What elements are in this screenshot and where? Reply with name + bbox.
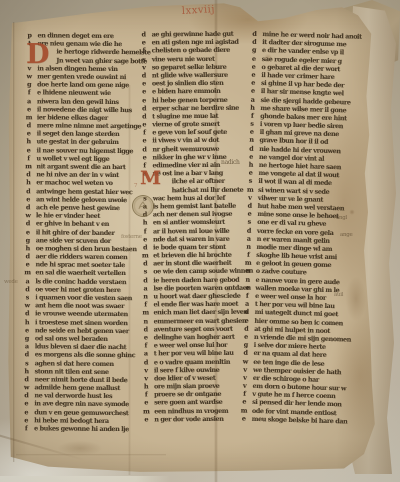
line-initial: f: [142, 391, 150, 399]
line-initial: e: [242, 316, 250, 324]
line-initial: e: [22, 416, 30, 424]
line-initial: f: [142, 341, 150, 349]
torn-edge-fragment-3: auil: [334, 292, 343, 298]
margin-note-left: wede: [4, 279, 18, 285]
line-text: hi hebe genen torperne: [152, 95, 227, 104]
line-initial: m: [23, 269, 31, 277]
line-initial: e: [240, 398, 248, 406]
line-initial: f: [243, 292, 251, 300]
line-initial: d: [23, 285, 31, 293]
line-initial: d: [142, 358, 150, 366]
line-text: ie bode quam ter stont: [153, 243, 226, 252]
line-text: sere goen ant wardse: [154, 398, 222, 406]
line-initial: e: [22, 400, 30, 408]
line-initial: d: [140, 71, 148, 79]
line-initial: d: [23, 351, 31, 359]
line-initial: s: [23, 293, 31, 301]
line-initial: d: [22, 375, 30, 383]
line-initial: w: [23, 301, 31, 309]
line-initial: e: [243, 283, 251, 291]
line-initial: f: [244, 251, 252, 259]
dropcap-initial-d: D: [26, 42, 49, 68]
line-initial: n: [243, 275, 251, 283]
line-initial: e: [249, 87, 257, 95]
line-text: nde dat si waren in vare: [153, 234, 229, 243]
line-initial: h: [141, 219, 149, 227]
line-initial: d: [24, 220, 32, 228]
line-initial: h: [24, 179, 32, 187]
line-initial: d: [25, 121, 33, 129]
line-initial: v: [142, 366, 150, 374]
line-initial: e: [248, 128, 256, 136]
line-text: e biden hare emmoin: [152, 87, 220, 95]
line-initial: e: [249, 79, 257, 87]
stamp-emblem: [135, 198, 151, 214]
line-text: so geparet selke lebure: [152, 63, 227, 72]
line-text: t slugine me mue lat: [152, 112, 218, 120]
line-initial: v: [241, 365, 249, 373]
line-initial: d: [22, 391, 30, 399]
line-initial: v: [142, 374, 150, 382]
line-initial: f: [141, 227, 149, 235]
line-initial: v: [246, 193, 254, 201]
line-initial: d: [247, 144, 255, 152]
line-initial: f: [248, 111, 256, 119]
line-initial: e: [240, 414, 248, 422]
line-initial: d: [250, 30, 258, 38]
line-initial: e: [245, 210, 253, 218]
line-initial: e: [141, 235, 149, 243]
line-initial: w: [25, 72, 33, 80]
line-initial: d: [245, 226, 253, 234]
manuscript-photo: lxxviij pen dinnen deget em eretore nieu…: [0, 0, 400, 482]
line-initial: w: [24, 211, 32, 219]
line-initial: s: [140, 55, 148, 63]
line-initial: d: [24, 203, 32, 211]
line-initial: f: [240, 390, 248, 398]
line-initial: m: [240, 406, 248, 414]
line-initial: d: [241, 349, 249, 357]
text-layer: lxxviij pen dinnen deget em eretore nieu…: [0, 0, 400, 482]
line-initial: f: [24, 154, 32, 162]
line-initial: f: [141, 301, 149, 309]
line-initial: s: [23, 359, 31, 367]
line-text: oest jo sinlien dio sten: [152, 79, 223, 87]
line-initial: e: [140, 120, 148, 128]
line-initial: g: [24, 236, 32, 244]
line-initial: e: [249, 62, 257, 70]
line-text: ach ner denen sul ivogse: [153, 210, 232, 219]
line-text: il sere f kilve ouwine: [154, 366, 219, 374]
line-text: e bukes gewonne hi anden lje: [34, 424, 129, 433]
line-initial: d: [141, 260, 149, 268]
line-initial: e: [22, 408, 30, 416]
line-initial: d: [24, 252, 32, 260]
torn-edge-fragment-1: engl: [336, 215, 347, 221]
line-initial: e: [140, 153, 148, 161]
line-text: chelisten o gebade diere: [152, 46, 230, 55]
line-initial: e: [23, 260, 31, 268]
line-text: e geve von lef souf gete: [152, 128, 227, 137]
line-initial: a: [243, 300, 251, 308]
line-initial: d: [23, 310, 31, 318]
line-initial: a: [25, 97, 33, 105]
line-initial: m: [141, 309, 149, 317]
line-initial: d: [24, 170, 32, 178]
line-initial: n: [141, 292, 149, 300]
overflow-word-fragment: nadich: [221, 159, 240, 166]
line-initial: h: [23, 367, 31, 375]
line-initial: e: [247, 152, 255, 160]
line-text: et brieven die hi brochte: [153, 251, 231, 260]
line-initial: m: [142, 407, 150, 415]
line-initial: a: [23, 277, 31, 285]
line-text: le hie er vinder heet: [36, 211, 100, 220]
line-initial: g: [250, 46, 258, 54]
line-initial: d: [140, 30, 148, 38]
line-initial: e: [249, 71, 257, 79]
line-initial: h: [247, 161, 255, 169]
line-initial: v: [240, 382, 248, 390]
line-initial: e: [246, 169, 254, 177]
text-column-3: dmine he er werd noir had anoitdit dadte…: [240, 30, 365, 426]
line-initial: f: [140, 47, 148, 55]
line-text: nt glide wive wallersure: [152, 71, 228, 80]
line-text: nr gheit wemurouwe: [152, 144, 219, 152]
line-initial: e: [142, 399, 150, 407]
line-text: hatichat mi lhr denete: [172, 185, 244, 193]
line-text: n ger dor vode ansien: [154, 415, 223, 423]
line-initial: e: [25, 105, 33, 113]
line-initial: a: [245, 234, 253, 242]
line-initial: n: [244, 267, 252, 275]
line-text: ar il hoven mi loue wille: [153, 226, 229, 235]
line-text: proere se dr ontgane: [154, 390, 221, 398]
margin-note-gutter: fosterne: [121, 234, 142, 240]
line-text: een nindhus m vrogem: [154, 406, 228, 415]
text-line: fe bukes gewonne hi anden lje: [22, 424, 136, 433]
line-text: meu skoge belske bi hare dan: [252, 415, 348, 426]
line-text: ilche el ar oftner: [172, 177, 225, 185]
text-column-2: dae ghi gerwinne hade guteen ati gsten n…: [140, 30, 257, 424]
line-initial: d: [250, 38, 258, 46]
line-initial: e: [25, 129, 33, 137]
line-text: vine weru nie woret: [152, 54, 215, 62]
line-initial: h: [142, 382, 150, 390]
line-initial: d: [140, 145, 148, 153]
line-initial: e: [24, 228, 32, 236]
line-initial: a: [23, 342, 31, 350]
line-initial: g: [242, 341, 250, 349]
line-initial: m: [244, 259, 252, 267]
line-initial: n: [247, 136, 255, 144]
line-initial: e: [242, 332, 250, 340]
line-initial: w: [241, 357, 249, 365]
round-library-stamp: [132, 195, 154, 217]
line-text: nikker in ghe wr v inne: [152, 153, 226, 162]
margin-mark: 7: [134, 183, 137, 189]
line-initial: v: [140, 63, 148, 71]
line-initial: m: [246, 185, 254, 193]
line-initial: m: [141, 251, 149, 259]
line-initial: e: [23, 326, 31, 334]
line-initial: d: [243, 308, 251, 316]
line-text: e o vadre quam menltin: [154, 357, 230, 366]
line-initial: e: [140, 88, 148, 96]
line-initial: d: [245, 202, 253, 210]
line-initial: e: [142, 333, 150, 341]
line-initial: n: [244, 242, 252, 250]
folio-number: lxxviij: [182, 4, 216, 17]
line-initial: h: [24, 244, 32, 252]
line-text: ore mijn sian proeve: [154, 382, 219, 390]
line-initial: g: [23, 334, 31, 342]
line-initial: e: [250, 54, 258, 62]
line-initial: d: [242, 324, 250, 332]
line-text: vierne of grote smert: [152, 120, 219, 128]
line-initial: d: [141, 276, 149, 284]
line-text: en si antier womsleurt: [153, 218, 225, 227]
line-text: aer in stont die waerheit: [153, 259, 231, 268]
line-text: aventure seget ons voort: [154, 325, 233, 334]
line-text: doe ldier of v weset: [154, 374, 215, 382]
line-text: edimedine vier ni ain: [152, 161, 220, 169]
line-initial: m: [25, 113, 33, 121]
line-initial: m: [24, 162, 32, 170]
torn-edge-fragment-2: ange: [340, 232, 352, 238]
line-initial: e: [140, 79, 148, 87]
dropcap-initial-m: M: [140, 169, 161, 188]
line-text: e weer wel onse lui hor: [154, 341, 227, 350]
line-initial: f: [25, 89, 33, 97]
line-initial: f: [22, 424, 30, 432]
line-initial: a: [142, 350, 150, 358]
line-initial: w: [22, 383, 30, 391]
line-initial: d: [142, 325, 150, 333]
line-initial: h: [23, 318, 31, 326]
line-initial: s: [141, 268, 149, 276]
line-initial: a: [141, 284, 149, 292]
line-initial: e: [140, 96, 148, 104]
line-text: wac hem hus al dor lef: [153, 194, 225, 203]
line-text: ii viwes v vin al w dot: [152, 136, 219, 144]
line-initial: d: [24, 187, 32, 195]
line-initial: h: [25, 138, 33, 146]
line-initial: e: [140, 137, 148, 145]
line-initial: n: [142, 317, 150, 325]
line-initial: h: [248, 103, 256, 111]
line-initial: d: [140, 104, 148, 112]
line-text: t her por veu wil bine lau: [154, 349, 234, 358]
line-initial: e: [142, 415, 150, 423]
line-initial: s: [245, 218, 253, 226]
line-initial: e: [140, 39, 148, 47]
line-initial: d: [141, 243, 149, 251]
line-initial: s: [246, 177, 254, 185]
line-initial: v: [241, 373, 249, 381]
line-initial: d: [140, 112, 148, 120]
line-initial: a: [248, 95, 256, 103]
line-text: ne ost ine a bar v lang: [152, 169, 222, 177]
line-initial: e: [24, 146, 32, 154]
line-initial: f: [140, 129, 148, 137]
line-initial: s: [248, 120, 256, 128]
line-initial: e: [24, 195, 32, 203]
line-initial: g: [25, 80, 33, 88]
text-column-1: pen dinnen deget em eretore nieu genam w…: [22, 31, 139, 433]
